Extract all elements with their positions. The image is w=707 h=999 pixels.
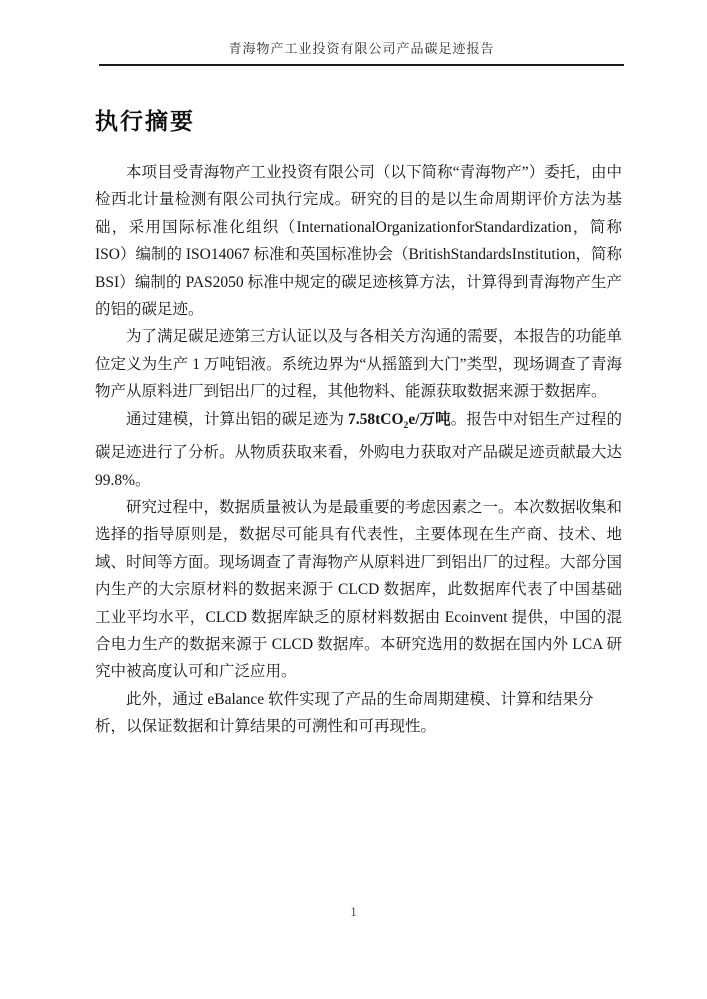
paragraph: 研究过程中，数据质量被认为是最重要的考虑因素之一。本次数据收集和选择的指导原则是… xyxy=(95,494,622,686)
paragraph: 通过建模，计算出铝的碳足迹为 7.58tCO2e/万吨。报告中对铝生产过程的碳足… xyxy=(95,406,622,494)
text-segment: 为了满足碳足迹第三方认证以及与各相关方沟通的需要，本报告的功能单位定义为生产 1… xyxy=(95,328,622,400)
text-segment: 研究过程中，数据质量被认为是最重要的考虑因素之一。本次数据收集和选择的指导原则是… xyxy=(95,499,622,680)
text-segment: 此外，通过 eBalance 软件实现了产品的生命周期建模、计算和结果分析，以保… xyxy=(95,691,594,735)
paragraph: 本项目受青海物产工业投资有限公司（以下简称“青海物产”）委托，由中检西北计量检测… xyxy=(95,159,622,323)
running-header-title: 青海物产工业投资有限公司产品碳足迹报告 xyxy=(228,41,494,56)
text-segment: 本项目受青海物产工业投资有限公司（以下简称“青海物产”）委托，由中检西北计量检测… xyxy=(95,164,622,318)
page-header: 青海物产工业投资有限公司产品碳足迹报告 xyxy=(99,41,624,66)
carbon-footprint-value-segment: 7.58tCO xyxy=(348,411,404,428)
page-number: 1 xyxy=(350,905,356,919)
report-page: 青海物产工业投资有限公司产品碳足迹报告 执行摘要 本项目受青海物产工业投资有限公… xyxy=(0,0,707,999)
paragraph: 此外，通过 eBalance 软件实现了产品的生命周期建模、计算和结果分析，以保… xyxy=(95,686,622,741)
paragraph: 为了满足碳足迹第三方认证以及与各相关方沟通的需要，本报告的功能单位定义为生产 1… xyxy=(95,323,622,405)
page-footer: 1 xyxy=(0,905,707,920)
body-content: 本项目受青海物产工业投资有限公司（以下简称“青海物产”）委托，由中检西北计量检测… xyxy=(95,159,622,741)
text-segment: 通过建模，计算出铝的碳足迹为 xyxy=(126,411,348,428)
carbon-footprint-value-segment: e/万吨 xyxy=(408,411,450,428)
section-heading: 执行摘要 xyxy=(95,103,195,136)
